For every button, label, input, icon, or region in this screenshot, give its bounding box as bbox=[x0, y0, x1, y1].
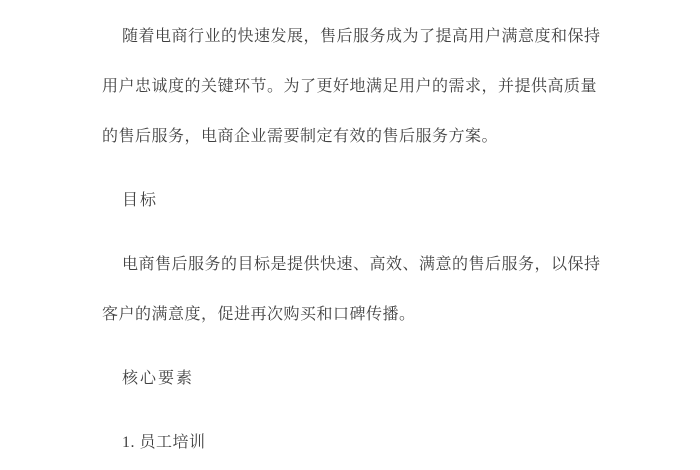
text-line: 目标 bbox=[102, 176, 590, 226]
text-line: 随着电商行业的快速发展，售后服务成为了提高用户满意度和保持 bbox=[102, 12, 590, 62]
document-page: 随着电商行业的快速发展，售后服务成为了提高用户满意度和保持用户忠诚度的关键环节。… bbox=[0, 0, 700, 470]
text-line: 1. 员工培训 bbox=[102, 418, 590, 468]
document-body: 随着电商行业的快速发展，售后服务成为了提高用户满意度和保持用户忠诚度的关键环节。… bbox=[102, 12, 590, 468]
paragraph: 随着电商行业的快速发展，售后服务成为了提高用户满意度和保持用户忠诚度的关键环节。… bbox=[102, 12, 590, 162]
section-heading: 目标 bbox=[102, 176, 590, 226]
list-item: 1. 员工培训 bbox=[102, 418, 590, 468]
text-line: 的售后服务，电商企业需要制定有效的售后服务方案。 bbox=[102, 112, 590, 162]
text-line: 用户忠诚度的关键环节。为了更好地满足用户的需求，并提供高质量 bbox=[102, 62, 590, 112]
text-line: 客户的满意度，促进再次购买和口碑传播。 bbox=[102, 290, 590, 340]
text-line: 核心要素 bbox=[102, 354, 590, 404]
section-heading: 核心要素 bbox=[102, 354, 590, 404]
paragraph: 电商售后服务的目标是提供快速、高效、满意的售后服务，以保持客户的满意度，促进再次… bbox=[102, 240, 590, 340]
text-line: 电商售后服务的目标是提供快速、高效、满意的售后服务，以保持 bbox=[102, 240, 590, 290]
